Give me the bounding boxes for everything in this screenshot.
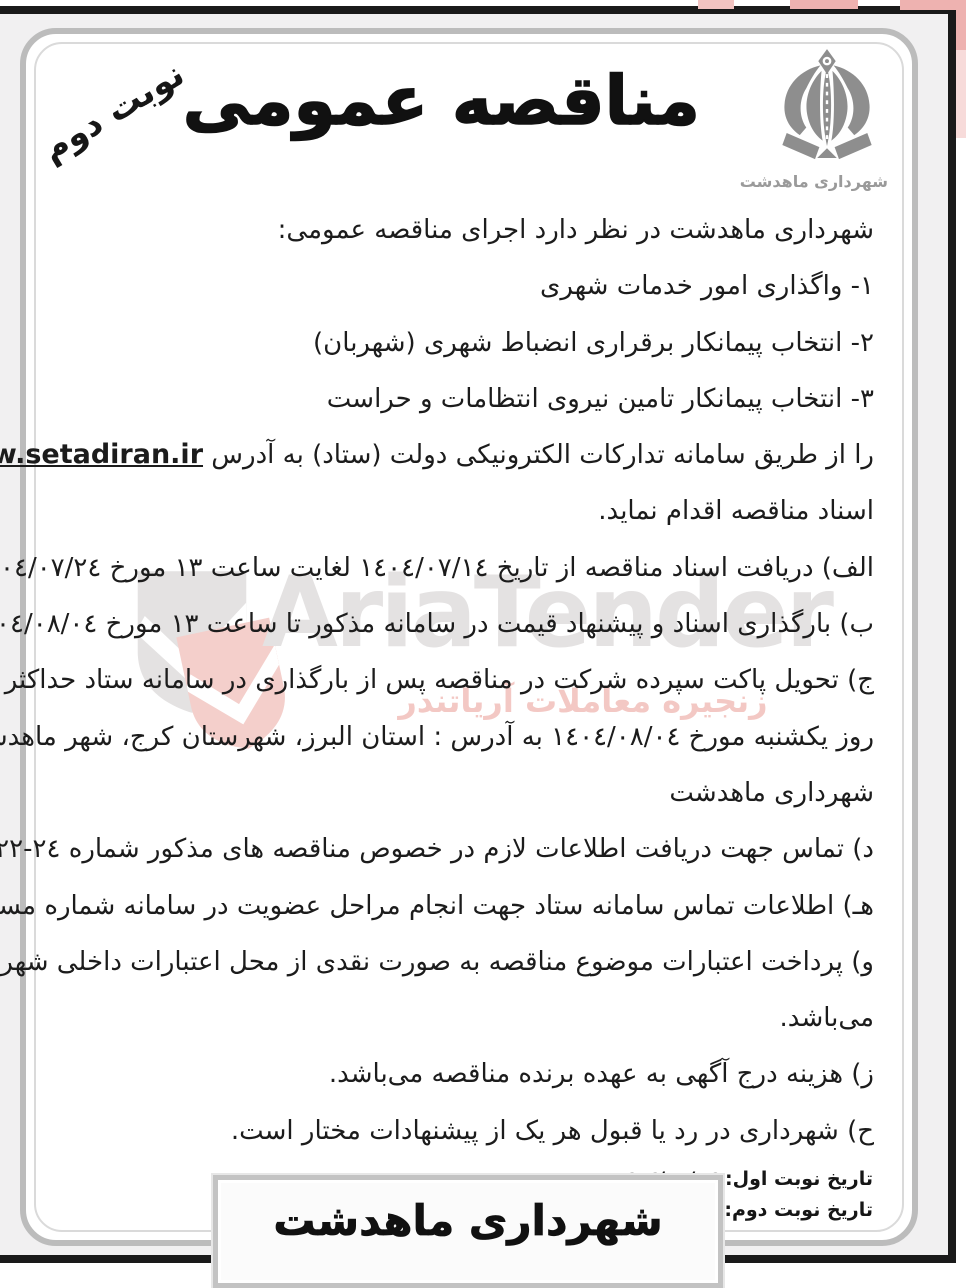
list-item: ۲- انتخاب پیمانکار برقراری انضباط شهری (… [46, 315, 874, 371]
clause-vav-cont: می‌باشد. [46, 990, 874, 1046]
first-round-date-label: تاریخ نوبت اول: [725, 1168, 873, 1190]
organization-box: شهرداری ماهدشت [213, 1175, 723, 1288]
clause-vav: و) پرداخت اعتبارات موضوع مناقصه به صورت … [46, 934, 874, 990]
edge-watermark-fragment [956, 6, 966, 50]
clause-jim-cont2: شهرداری ماهدشت [46, 765, 874, 821]
logo-caption: شهرداری ماهدشت [766, 172, 888, 191]
clause-jim: ج) تحویل پاکت سپرده شرکت در مناقصه پس از… [46, 652, 874, 708]
organization-name: شهرداری ماهدشت [218, 1196, 718, 1245]
second-round-date-label: تاریخ نوبت دوم: [724, 1199, 873, 1221]
clause-ze: ز) هزینه درج آگهی به عهده برنده مناقصه م… [46, 1046, 874, 1102]
page-title: مناقصه عمومی [230, 62, 700, 141]
url-line-before: را از طریق سامانه تدارکات الکترونیکی دول… [203, 440, 874, 470]
municipality-emblem-icon [766, 48, 888, 170]
body-line: اسناد مناقصه اقدام نماید. [46, 483, 874, 539]
tender-ad-page: { "notice": { "round_label": "نوبت دوم",… [0, 0, 966, 1288]
setadiran-link[interactable]: www.setadiran.ir [0, 439, 203, 470]
list-item: ۱- واگذاری امور خدمات شهری [46, 258, 874, 314]
clause-jim-cont: روز یکشنبه مورخ ١٤٠٤/٠٨/٠٤ به آدرس : است… [46, 709, 874, 765]
clause-be: ب) بارگذاری اسناد و پیشنهاد قیمت در ساما… [46, 596, 874, 652]
notice-body: شهرداری ماهدشت در نظر دارد اجرای مناقصه … [46, 202, 874, 1159]
clause-hhe: ح) شهرداری در رد یا قبول هر یک از پیشنها… [46, 1103, 874, 1159]
edge-watermark-fragment [790, 0, 858, 9]
edge-watermark-fragment [698, 0, 734, 9]
clause-dal: د) تماس جهت دریافت اطلاعات لازم در خصوص … [46, 821, 874, 877]
clause-alef: الف) دریافت اسناد مناقصه از تاریخ ١٤٠٤/٠… [46, 540, 874, 596]
url-line: را از طریق سامانه تدارکات الکترونیکی دول… [46, 427, 874, 483]
intro-line: شهرداری ماهدشت در نظر دارد اجرای مناقصه … [46, 202, 874, 258]
list-item: ۳- انتخاب پیمانکار تامین نیروی انتظامات … [46, 371, 874, 427]
edge-watermark-fragment [956, 50, 966, 138]
clause-he: هـ) اطلاعات تماس سامانه ستاد جهت انجام م… [46, 878, 874, 934]
municipality-logo: شهرداری ماهدشت [766, 48, 888, 191]
